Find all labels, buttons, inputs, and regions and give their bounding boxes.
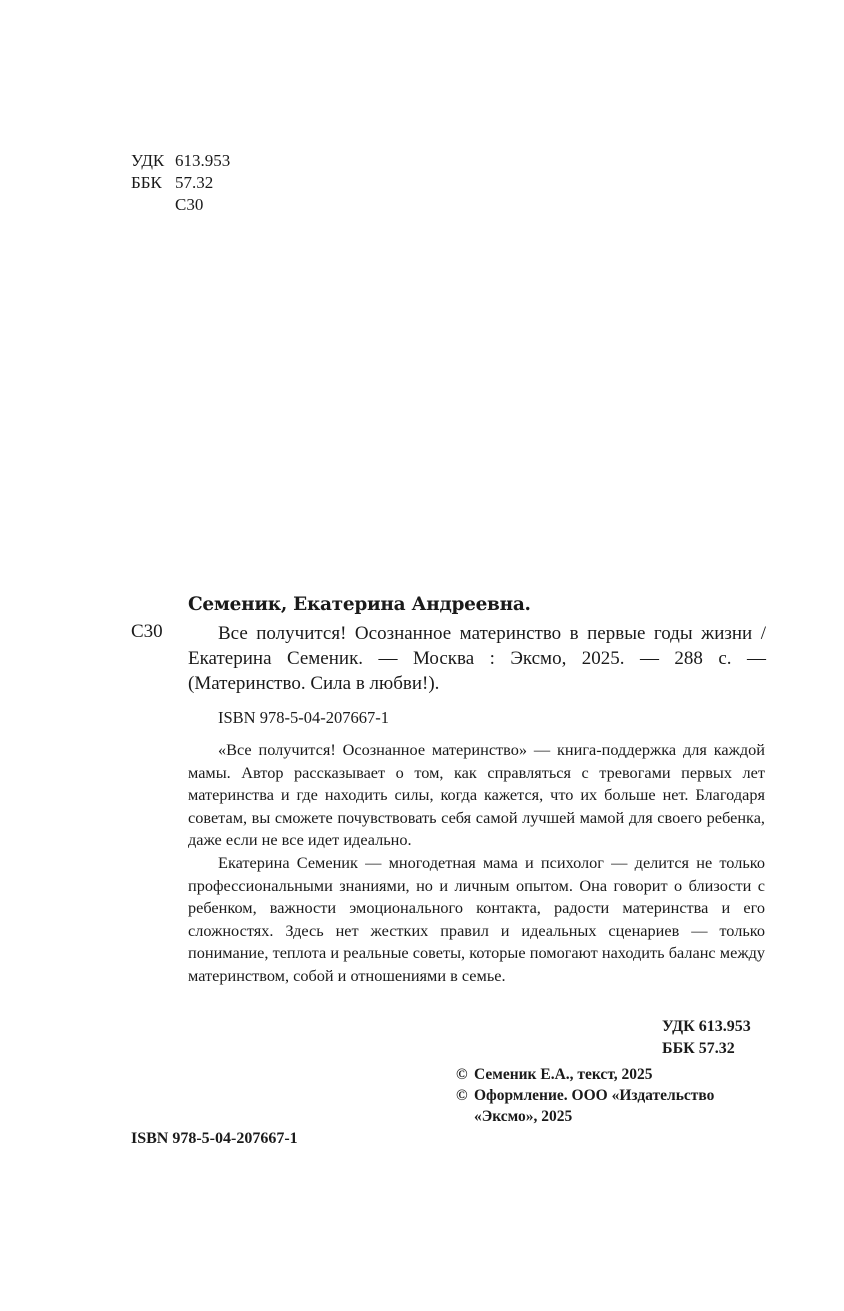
udk-row: УДК 613.953 xyxy=(131,150,230,172)
catalog-codes-top: УДК 613.953 ББК 57.32 С30 xyxy=(131,150,230,216)
annotation-paragraph: «Все получится! Осознанное материнство» … xyxy=(188,739,765,852)
bbk-bottom: ББК 57.32 xyxy=(662,1038,751,1060)
copyright-icon: © xyxy=(456,1085,474,1127)
copyright-text: Оформление. ООО «Издательство «Эксмо», 2… xyxy=(474,1085,764,1127)
udk-label: УДК xyxy=(131,150,175,172)
bbk-label: ББК xyxy=(131,172,175,194)
author-mark-row: С30 xyxy=(131,194,230,216)
bbk-row: ББК 57.32 xyxy=(131,172,230,194)
catalog-codes-bottom: УДК 613.953 ББК 57.32 xyxy=(662,1016,751,1060)
annotation-paragraph: Екатерина Семеник — многодетная мама и п… xyxy=(188,852,765,988)
bbk-value: 57.32 xyxy=(175,172,213,194)
udk-bottom: УДК 613.953 xyxy=(662,1016,751,1038)
copyright-icon: © xyxy=(456,1064,474,1085)
isbn-bottom: ISBN 978-5-04-207667-1 xyxy=(131,1130,298,1148)
author-mark: С30 xyxy=(131,621,163,643)
bibliographic-description: Все получится! Осознанное материнство в … xyxy=(188,621,766,696)
description-text: Все получится! Осознанное материнство в … xyxy=(188,621,766,696)
author-heading: Семеник, Екатерина Андреевна. xyxy=(188,594,531,615)
copyright-block: © Семеник Е.А., текст, 2025 © Оформление… xyxy=(456,1064,764,1127)
copyright-line: © Семеник Е.А., текст, 2025 xyxy=(456,1064,764,1085)
author-mark-top: С30 xyxy=(175,194,203,216)
isbn-record: ISBN 978-5-04-207667-1 xyxy=(218,708,389,728)
udk-value: 613.953 xyxy=(175,150,230,172)
copyright-text: Семеник Е.А., текст, 2025 xyxy=(474,1064,653,1085)
copyright-line: © Оформление. ООО «Издательство «Эксмо»,… xyxy=(456,1085,764,1127)
annotation: «Все получится! Осознанное материнство» … xyxy=(188,739,765,988)
